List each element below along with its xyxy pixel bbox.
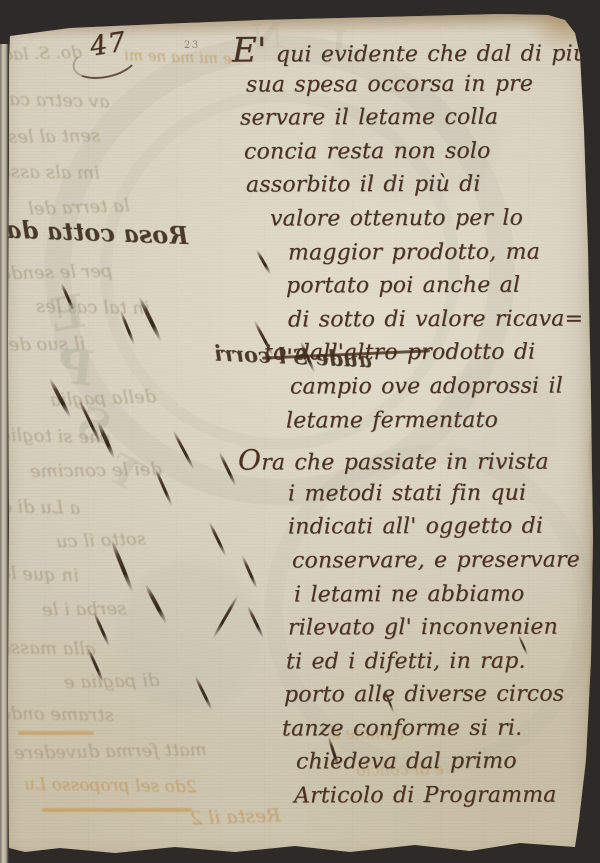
bleedthrough-fragment: matt ferma duvedere [14,739,207,763]
manuscript-line: ti ed i difetti, in rap. [286,644,586,679]
bleedthrough-fragment: strame onde [0,703,114,726]
bleedthrough-fragment: il suo der [0,333,86,355]
bleedthrough-fragment: dei le concime [30,459,162,482]
manuscript-line: to dall'altro prodotto di [264,336,586,371]
manuscript-line: assorbito il di più di [246,168,586,203]
bleedthrough-fragment: a Lu di d [0,496,80,518]
manuscript-text-column: E' qui evidente che dal di più sua spesa… [230,34,586,813]
manuscript-line: di sotto di valore ricava= [288,302,586,337]
manuscript-scan: E P S T N I do. S. lad e mi ma ne mi av … [0,0,600,863]
bleedthrough-fragment: serba i le [42,598,127,620]
manuscript-line: concia resta non solo [244,134,586,169]
manuscript-line: portato poi anche al [286,269,586,304]
ink-stroke [208,521,227,556]
manuscript-page: E P S T N I do. S. lad e mi ma ne mi av … [0,0,600,863]
manuscript-line: maggior prodotto, ma [288,235,586,270]
bleedthrough-fragment: in que le [0,563,79,587]
folio-stamp-number: 23 [184,40,200,51]
underlying-page-edge [0,44,9,863]
manuscript-line: i metodi stati fin qui [288,476,586,511]
ochre-underline [18,731,94,735]
manuscript-line: campio ove adoprossi il [290,369,586,404]
manuscript-line: indicati all' oggetto di [288,510,586,545]
manuscript-line: Articolo di Programma [294,779,586,814]
manuscript-line: Ora che passiate in rivista [238,443,586,478]
manuscript-line: tanze conforme si ri. [282,711,586,746]
bleedthrough-fragment: in tal cas les [36,296,150,319]
bleedthrough-fragment: sent al les [8,125,101,148]
manuscript-line: E' qui evidente che dal di più [232,33,586,68]
bleedthrough-fragment: im als assa [0,161,100,184]
bleedthrough-fragment: sotto il cu [56,528,147,552]
bleedthrough-scribble: Rosa cotta da [6,215,189,250]
manuscript-line: porto alle diverse circos [284,678,586,713]
bleedthrough-fragment: di paglia e [64,670,160,693]
bleedthrough-fragment: alla massa [0,637,96,660]
manuscript-line: letame fermentato [286,403,586,438]
bleedthrough-fragment: e mi ma ne mi [124,46,232,68]
manuscript-line: conservare, e preservare [292,543,586,578]
bleedthrough-fragment: 2do sel proposso Lu [24,774,197,797]
manuscript-line: i letami ne abbiamo [294,577,586,612]
ochre-underline [42,808,192,812]
manuscript-line: servare il letame colla [240,101,586,136]
manuscript-line: sua spesa occorsa in pre [246,67,586,102]
bleedthrough-fragment: av cetra cas [0,89,110,113]
manuscript-line: rilevato gl' inconvenien [288,611,586,646]
bleedthrough-fragment: do. S. lad [2,43,83,66]
manuscript-line: valore ottenuto per lo [270,201,586,236]
bleedthrough-fragment: per le sendo [0,261,113,285]
manuscript-line: chiedeva dal primo [296,745,586,780]
